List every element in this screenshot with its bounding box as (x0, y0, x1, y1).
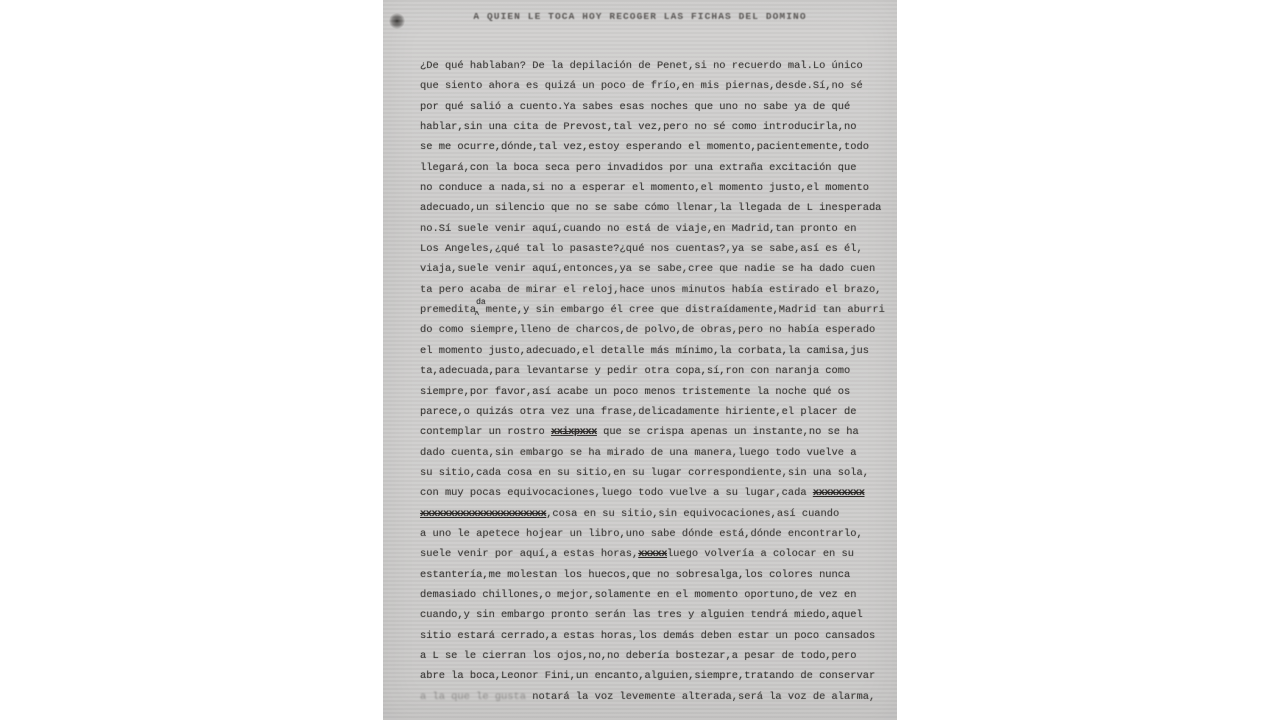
text-line: cuando,y sin embargo pronto serán las tr… (420, 605, 897, 625)
text-line: con muy pocas equivocaciones,luego todo … (420, 483, 897, 503)
text-line: adecuado,un silencio que no se sabe cómo… (420, 198, 897, 218)
text-line: hablar,sin una cita de Prevost,tal vez,p… (420, 117, 897, 137)
text-line: dado cuenta,sin embargo se ha mirado de … (420, 443, 897, 463)
text-line: abre la boca,Leonor Fini,un encanto,algu… (420, 666, 897, 686)
text-line: que siento ahora es quizá un poco de frí… (420, 76, 897, 96)
text-line: suele venir por aquí,a estas horas,xxxxx… (420, 544, 897, 564)
typewritten-text: su sitio,cada cosa en su sitio,en su lug… (420, 467, 869, 479)
text-line: a la que le gusta notará la voz levement… (420, 687, 897, 707)
text-line: llegará,con la boca seca pero invadidos … (420, 158, 897, 178)
typewritten-text: sitio estará cerrado,a estas horas,los d… (420, 630, 875, 642)
faded-text: a la que le gusta (420, 691, 532, 703)
typewritten-text: ta pero acaba de mirar el reloj,hace uno… (420, 284, 881, 296)
typewritten-text: con muy pocas equivocaciones,luego todo … (420, 487, 813, 499)
typewritten-text: demasiado chillones,o mejor,solamente en… (420, 589, 856, 601)
typewritten-text: premedita (420, 304, 476, 316)
text-line: do como siempre,lleno de charcos,de polv… (420, 320, 897, 340)
struck-out-text: xxixpxxx (551, 426, 597, 438)
typewritten-text: estantería,me molestan los huecos,que no… (420, 569, 850, 581)
typewritten-text: que siento ahora es quizá un poco de frí… (420, 80, 863, 92)
text-line: a L se le cierran los ojos,no,no debería… (420, 646, 897, 666)
text-line: no.Sí suele venir aquí,cuando no está de… (420, 219, 897, 239)
struck-out-text: xxxxxxxxx (813, 487, 865, 499)
typewritten-text: mente,y sin embargo él cree que distraíd… (486, 304, 885, 316)
typewritten-text: no.Sí suele venir aquí,cuando no está de… (420, 223, 856, 235)
text-line: demasiado chillones,o mejor,solamente en… (420, 585, 897, 605)
typewritten-text: dado cuenta,sin embargo se ha mirado de … (420, 447, 856, 459)
typewritten-text: notará la voz levemente alterada,será la… (532, 691, 875, 703)
typewritten-text: llegará,con la boca seca pero invadidos … (420, 162, 856, 174)
typewritten-text: parece,o quizás otra vez una frase,delic… (420, 406, 856, 418)
text-line: contemplar un rostro xxixpxxx que se cri… (420, 422, 897, 442)
typewritten-text: a uno le apetece hojear un libro,uno sab… (420, 528, 863, 540)
typewritten-text: se me ocurre,dónde,tal vez,estoy esperan… (420, 141, 869, 153)
typewritten-text: el momento justo,adecuado,el detalle más… (420, 345, 869, 357)
typewritten-text: cuando,y sin embargo pronto serán las tr… (420, 609, 863, 621)
document-title: A QUIEN LE TOCA HOY RECOGER LAS FICHAS D… (383, 11, 897, 22)
text-line: su sitio,cada cosa en su sitio,en su lug… (420, 463, 897, 483)
struck-out-text: xxxxxxxxxxxxxxxxxxxxxx (420, 508, 546, 520)
document-body: ¿De qué hablaban? De la depilación de Pe… (420, 56, 897, 707)
text-line: no conduce a nada,si no a esperar el mom… (420, 178, 897, 198)
typewritten-text: do como siempre,lleno de charcos,de polv… (420, 324, 875, 336)
text-line: a uno le apetece hojear un libro,uno sab… (420, 524, 897, 544)
text-line: siempre,por favor,así acabe un poco meno… (420, 382, 897, 402)
scanned-page: A QUIEN LE TOCA HOY RECOGER LAS FICHAS D… (383, 0, 897, 720)
typewritten-text: luego volvería a colocar en su (667, 548, 854, 560)
typewritten-text: adecuado,un silencio que no se sabe cómo… (420, 202, 881, 214)
text-line: estantería,me molestan los huecos,que no… (420, 565, 897, 585)
text-line: se me ocurre,dónde,tal vez,estoy esperan… (420, 137, 897, 157)
text-line: premeditadamente,y sin embargo él cree q… (420, 300, 897, 320)
typewritten-text: ¿De qué hablaban? De la depilación de Pe… (420, 60, 863, 72)
text-line: parece,o quizás otra vez una frase,delic… (420, 402, 897, 422)
text-line: viaja,suele venir aquí,entonces,ya se sa… (420, 259, 897, 279)
text-line: sitio estará cerrado,a estas horas,los d… (420, 626, 897, 646)
typewritten-text: no conduce a nada,si no a esperar el mom… (420, 182, 869, 194)
typewritten-text: viaja,suele venir aquí,entonces,ya se sa… (420, 263, 875, 275)
screenshot-canvas: A QUIEN LE TOCA HOY RECOGER LAS FICHAS D… (0, 0, 1280, 720)
handwritten-insertion: da (476, 298, 486, 307)
struck-out-text: xxxxx (638, 548, 667, 560)
text-line: Los Angeles,¿qué tal lo pasaste?¿qué nos… (420, 239, 897, 259)
typewritten-text: contemplar un rostro (420, 426, 551, 438)
text-line: el momento justo,adecuado,el detalle más… (420, 341, 897, 361)
text-line: xxxxxxxxxxxxxxxxxxxxxx,cosa en su sitio,… (420, 504, 897, 524)
typewritten-text: a L se le cierran los ojos,no,no debería… (420, 650, 856, 662)
typewritten-text: abre la boca,Leonor Fini,un encanto,algu… (420, 670, 875, 682)
typewritten-text: hablar,sin una cita de Prevost,tal vez,p… (420, 121, 856, 133)
typewritten-text: que se crispa apenas un instante,no se h… (597, 426, 859, 438)
text-line: ¿De qué hablaban? De la depilación de Pe… (420, 56, 897, 76)
text-line: ta pero acaba de mirar el reloj,hace uno… (420, 280, 897, 300)
typewritten-text: por qué salió a cuento.Ya sabes esas noc… (420, 101, 850, 113)
typewritten-text: ,cosa en su sitio,sin equivocaciones,así… (546, 508, 839, 520)
typewritten-text: siempre,por favor,así acabe un poco meno… (420, 386, 850, 398)
typewritten-text: ta,adecuada,para levantarse y pedir otra… (420, 365, 850, 377)
typewritten-text: suele venir por aquí,a estas horas, (420, 548, 638, 560)
text-line: por qué salió a cuento.Ya sabes esas noc… (420, 97, 897, 117)
text-line: ta,adecuada,para levantarse y pedir otra… (420, 361, 897, 381)
typewritten-text: Los Angeles,¿qué tal lo pasaste?¿qué nos… (420, 243, 863, 255)
